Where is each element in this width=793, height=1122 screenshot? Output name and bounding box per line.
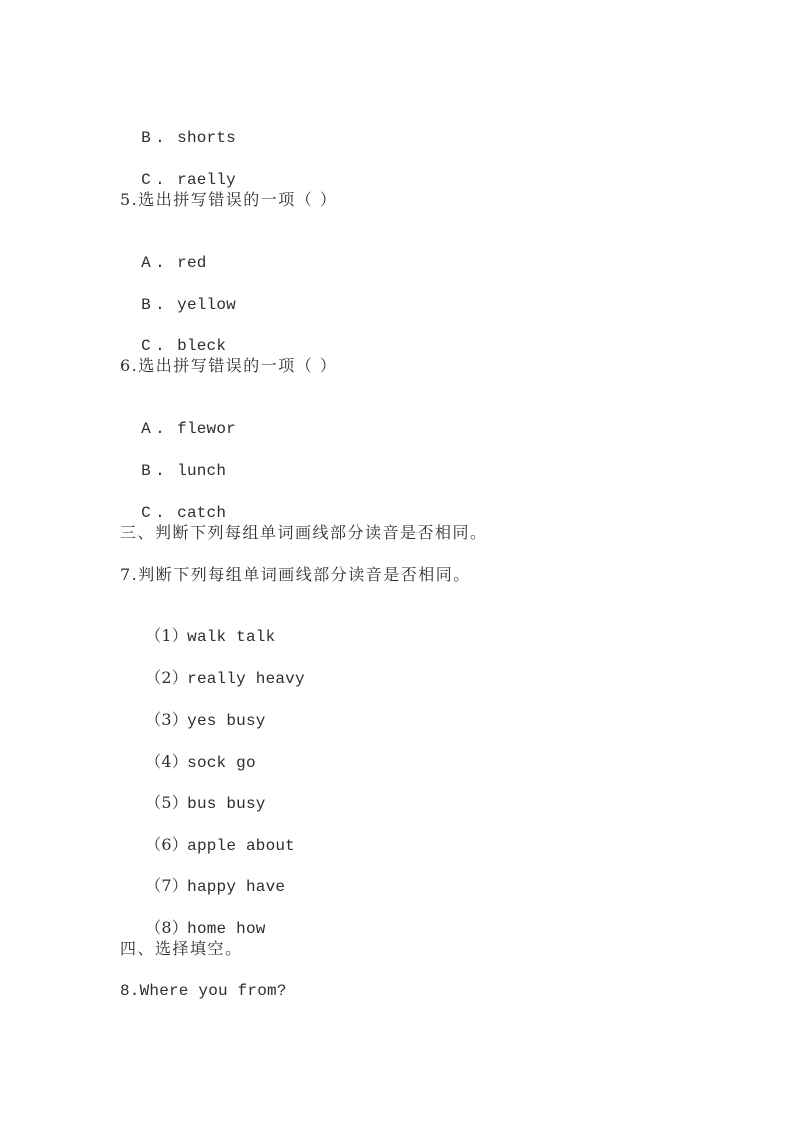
subitem-words: happy have [187,878,285,896]
subitem-number: （8） [145,918,187,938]
option-text: yellow [177,296,236,314]
option-separator: . [155,503,177,523]
subitem-words: really heavy [187,670,305,688]
section-3-heading: 三、判断下列每组单词画线部分读音是否相同。 [120,523,488,543]
option-text: shorts [177,129,236,147]
subitem-number: （4） [145,752,187,772]
question-7: 7.判断下列每组单词画线部分读音是否相同。 [120,565,471,585]
option-separator: . [155,128,177,148]
subitem-words: home how [187,920,265,938]
subitem-words: apple about [187,837,295,855]
option-letter: C [141,503,155,523]
option-separator: . [155,461,177,481]
option-text: flewor [177,420,236,438]
option-text: catch [177,504,226,522]
option-separator: . [155,170,177,190]
subitem-number: （5） [145,793,187,813]
question-6: 6.选出拼写错误的一项（ ） [120,356,337,376]
subitem-words: yes busy [187,712,265,730]
subitem-number: （6） [145,835,187,855]
option-letter: B [141,461,155,481]
subitem-words: walk talk [187,628,275,646]
question-8: 8.Where you from? [120,981,287,1001]
option-text: lunch [177,462,226,480]
subitem-number: （3） [145,710,187,730]
option-separator: . [155,253,177,273]
subitem-number: （1） [145,626,187,646]
option-text: bleck [177,337,226,355]
subitem-number: （7） [145,876,187,896]
option-text: red [177,254,206,272]
option-text: raelly [177,171,236,189]
option-separator: . [155,419,177,439]
section-4-heading: 四、选择填空。 [120,939,243,959]
option-letter: A [141,253,155,273]
option-separator: . [155,295,177,315]
subitem-words: bus busy [187,795,265,813]
subitem-number: （2） [145,668,187,688]
option-letter: B [141,295,155,315]
option-letter: A [141,419,155,439]
option-separator: . [155,336,177,356]
option-letter: C [141,170,155,190]
subitem-words: sock go [187,754,256,772]
option-letter: B [141,128,155,148]
question-5: 5.选出拼写错误的一项（ ） [120,190,337,210]
document-page: B.shorts C.raelly 5.选出拼写错误的一项（ ） A.red B… [0,0,793,1122]
option-letter: C [141,336,155,356]
